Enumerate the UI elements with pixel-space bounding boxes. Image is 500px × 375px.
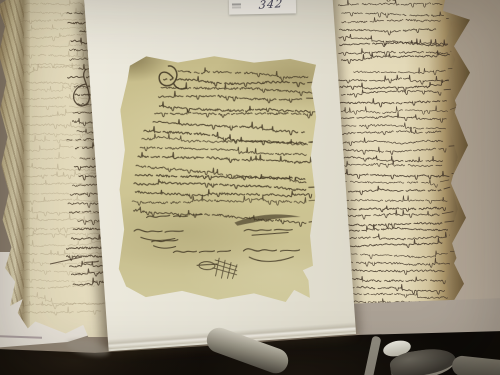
archive-label: 342 bbox=[229, 0, 296, 15]
signature-block bbox=[114, 51, 323, 306]
label-print-marks bbox=[232, 3, 241, 5]
circle-flourish bbox=[197, 261, 217, 270]
signature-flourishes bbox=[133, 209, 301, 280]
label-number: 342 bbox=[258, 0, 284, 12]
knot-flourish bbox=[213, 258, 238, 279]
center-document bbox=[114, 51, 323, 306]
archive-photo: 61 342 bbox=[0, 0, 500, 375]
